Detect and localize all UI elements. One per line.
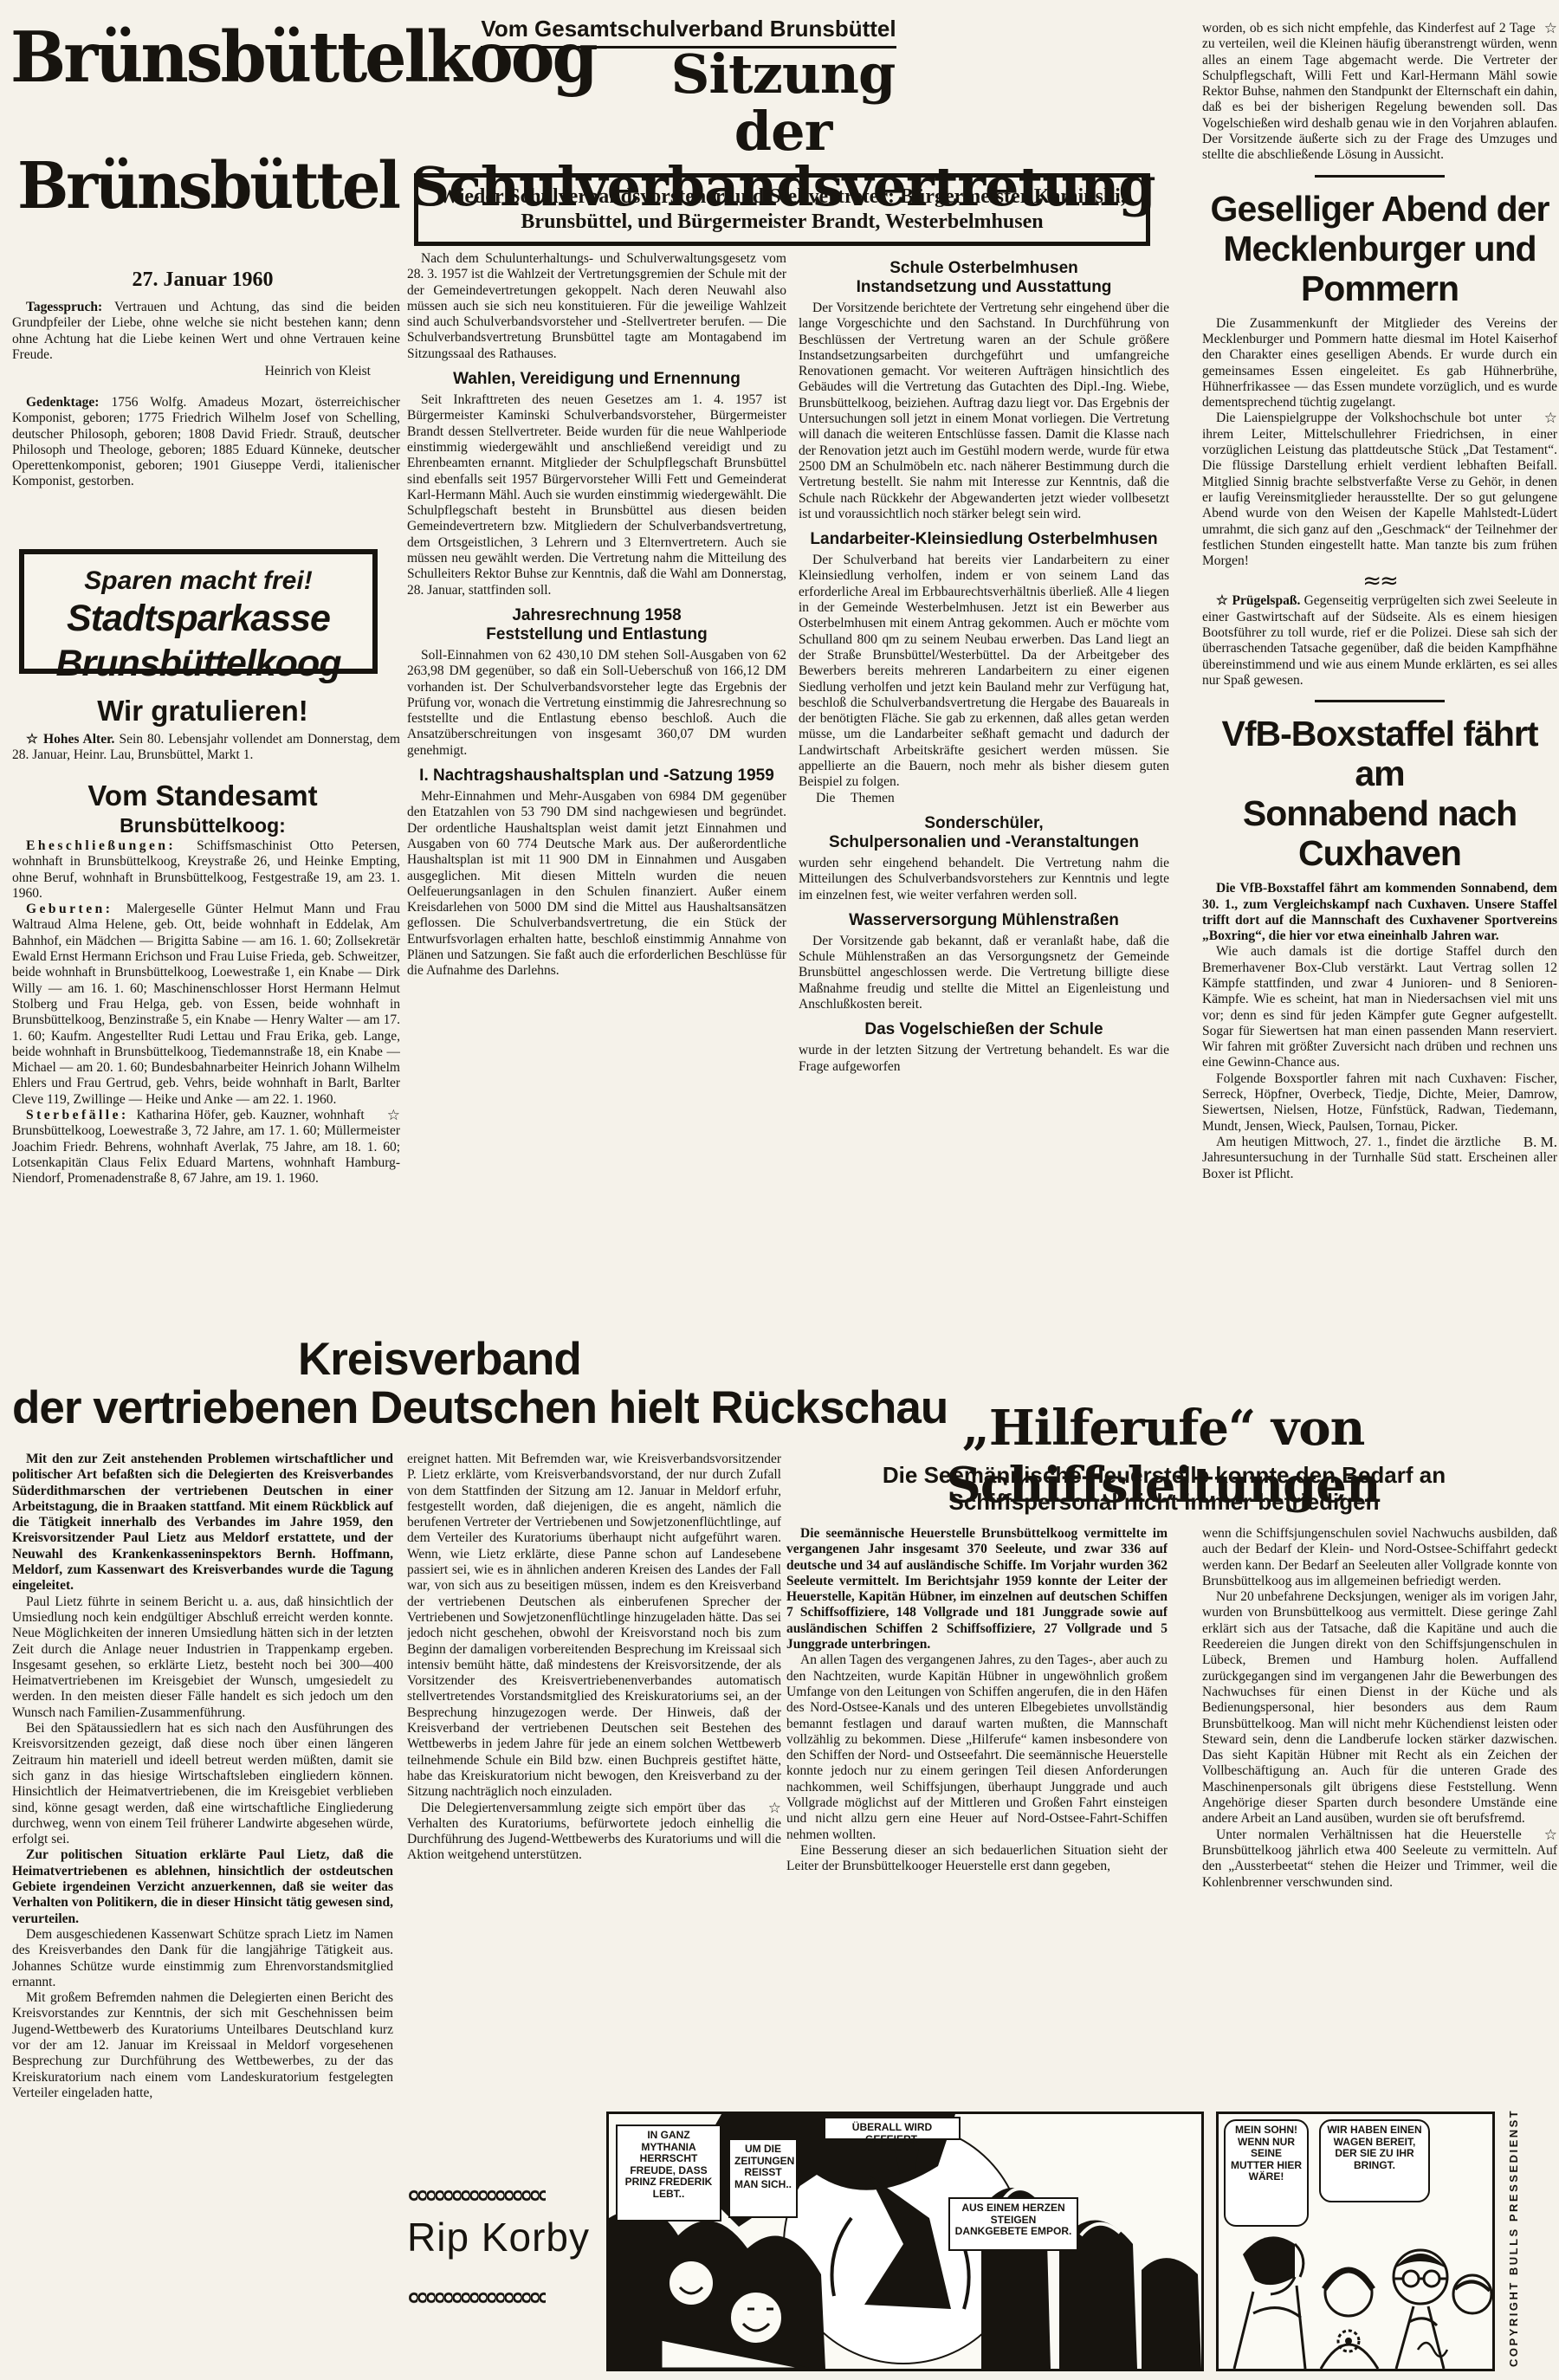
paragraph: B. M.Am heutigen Mittwoch, 27. 1., finde… xyxy=(1202,1135,1557,1182)
standesamt-title: Vom Standesamt xyxy=(12,779,393,812)
labeled-paragraph: Eheschließungen: Schiffsmaschinist Otto … xyxy=(12,838,400,902)
masthead-line1: Brünsbüttelkoog xyxy=(10,21,402,94)
kreisverband-column-2: ereignet hatten. Mit Befremden war, wie … xyxy=(407,1452,781,2099)
comic-title: Rip Korby xyxy=(407,2214,590,2260)
kreisverband-headline-line2: der vertriebenen Deutschen hielt Rücksch… xyxy=(12,1384,774,1433)
section-heading: Das Vogelschießen der Schule xyxy=(799,1020,1169,1039)
coil-ornament-icon xyxy=(409,2292,546,2304)
paragraph: Zur politischen Situation erklärte Paul … xyxy=(12,1847,393,1926)
comic-panel-2: MEIN SOHN! WENN NUR SEINE MUTTER HIER WÄ… xyxy=(1216,2112,1495,2371)
section-heading: Schule OsterbelmhusenInstandsetzung und … xyxy=(799,259,1169,297)
end-mark: ☆ xyxy=(1530,411,1557,426)
article-column-2: Schule OsterbelmhusenInstandsetzung und … xyxy=(799,251,1169,1336)
gratulieren-title: Wir gratulieren! xyxy=(12,695,393,728)
labeled-paragraph: ☆ Hohes Alter. Sein 80. Lebensjahr volle… xyxy=(12,732,400,764)
article-subhead-box: Wieder Schulverbandsvorsteher und Stellv… xyxy=(414,173,1150,246)
paragraph: Soll-Einnahmen von 62 430,10 DM stehen S… xyxy=(407,648,786,759)
masthead: Brünsbüttelkoog Brünsbüttel xyxy=(10,21,402,220)
paragraph: wurde in der letzten Sitzung der Vertret… xyxy=(799,1043,1169,1075)
hilferufe-column-2: wenn die Schiffsjungenschulen soviel Nac… xyxy=(1202,1526,1557,2099)
end-mark: ☆ xyxy=(1530,1827,1557,1843)
ad-slogan: Sparen macht frei! xyxy=(24,566,372,596)
paragraph: Bei den Spätaussiedlern hat es sich nach… xyxy=(12,1721,393,1847)
paragraph: wenn die Schiffsjungenschulen soviel Nac… xyxy=(1202,1526,1557,1589)
end-mark: B. M. xyxy=(1510,1135,1557,1150)
labeled-paragraph: ☆ Prügelspaß. Gegenseitig verprügelten s… xyxy=(1202,593,1557,689)
paragraph: ☆Die Laienspielgruppe der Volkshochschul… xyxy=(1202,411,1557,569)
sparkasse-ad: Sparen macht frei! Stadtsparkasse Brunsb… xyxy=(19,549,378,674)
kreisverband-column-1: Mit den zur Zeit anstehenden Problemen w… xyxy=(12,1452,393,2371)
gratulieren-item: ☆ Hohes Alter. Sein 80. Lebensjahr volle… xyxy=(12,732,400,779)
article-headline: VfB-Boxstaffel fährt amSonnabend nach Cu… xyxy=(1202,714,1557,873)
paragraph: ☆Unter normalen Verhältnissen hat die He… xyxy=(1202,1827,1557,1891)
section-heading: Wahlen, Vereidigung und Ernennung xyxy=(407,370,786,389)
speech-bubble: ÜBERALL WIRD GEFEIERT. xyxy=(824,2117,961,2140)
speech-bubble: WIR HABEN EINEN WAGEN BEREIT, DER SIE ZU… xyxy=(1319,2119,1430,2202)
section-heading: Sonderschüler,Schulpersonalien und -Vera… xyxy=(799,814,1169,852)
newspaper-page: Brünsbüttelkoog Brünsbüttel 27. Januar 1… xyxy=(0,0,1559,2380)
section-heading: I. Nachtragshaushaltsplan und -Satzung 1… xyxy=(407,766,786,786)
speech-bubble: MEIN SOHN! WENN NUR SEINE MUTTER HIER WÄ… xyxy=(1224,2119,1309,2227)
end-mark: ☆ xyxy=(1544,21,1557,36)
hilferufe-column-1: Die seemännische Heuerstelle Brunsbüttel… xyxy=(786,1526,1168,2099)
standesamt-subtitle: Brunsbüttelkoog: xyxy=(12,814,393,838)
labeled-paragraph: Tagesspruch: Vertrauen und Achtung, das … xyxy=(12,300,400,363)
masthead-line2: Brünsbüttel xyxy=(17,152,398,220)
speech-bubble: AUS EINEM HERZEN STEIGEN DANKGEBETE EMPO… xyxy=(948,2197,1078,2251)
paragraph: ereignet hatten. Mit Befremden war, wie … xyxy=(407,1452,781,1801)
paragraph: Seit Inkrafttreten des neuen Gesetzes am… xyxy=(407,392,786,598)
gedenktage: Gedenktage: 1756 Wolfg. Amadeus Mozart, … xyxy=(12,395,400,544)
paragraph: Der Schulverband hat bereits vier Landar… xyxy=(799,553,1169,790)
paragraph: Eine Besserung dieser an sich bedauerlic… xyxy=(786,1843,1168,1875)
end-mark: ☆ xyxy=(373,1108,400,1123)
paragraph: Folgende Boxsportler fahren mit nach Cux… xyxy=(1202,1071,1557,1135)
article-headline-line1: Sitzung xyxy=(407,47,1159,102)
paragraph: Mit großem Befremden nahmen die Delegier… xyxy=(12,1990,393,2101)
ad-bank-name: Stadtsparkasse Brunsbüttelkoog xyxy=(24,596,372,686)
paragraph: Mit den zur Zeit anstehenden Problemen w… xyxy=(12,1452,393,1594)
paragraph: Der Vorsitzende gab bekannt, daß er vera… xyxy=(799,934,1169,1012)
paragraph: ☆Die Delegiertenversammlung zeigte sich … xyxy=(407,1801,781,1864)
paragraph: Nach dem Schulunterhaltungs- und Schulve… xyxy=(407,251,786,362)
labeled-paragraph: Sterbefälle: ☆Katharina Höfer, geb. Kauz… xyxy=(12,1108,400,1187)
paragraph: Dem ausgeschiedenen Kassenwart Schütze s… xyxy=(12,1927,393,1990)
comic-copyright: COPYRIGHT BULLS PRESSEDIENST xyxy=(1507,2118,1520,2367)
section-heading: Landarbeiter-Kleinsiedlung Osterbelmhuse… xyxy=(799,530,1169,549)
dateline: 27. Januar 1960 xyxy=(12,268,393,292)
paragraph: Nur 20 unbefahrene Decksjungen, weniger … xyxy=(1202,1589,1557,1827)
article-headline: Geselliger Abend derMecklenburger und Po… xyxy=(1202,189,1557,308)
paragraph: Die seemännische Heuerstelle Brunsbüttel… xyxy=(786,1526,1168,1652)
speech-bubble: IN GANZ MYTHANIA HERRSCHT FREUDE, DASS P… xyxy=(616,2125,721,2222)
right-column: ☆worden, ob es sich nicht empfehle, das … xyxy=(1202,21,1557,1393)
kreisverband-headline-line1: Kreisverband xyxy=(298,1336,581,1384)
paragraph: Mehr-Einnahmen und Mehr-Ausgaben von 698… xyxy=(407,789,786,980)
paragraph: Die VfB-Boxstaffel fährt am kommenden So… xyxy=(1202,881,1557,944)
section-heading: Wasserversorgung Mühlenstraßen xyxy=(799,911,1169,930)
speech-bubble: UM DIE ZEITUNGEN REISST MAN SICH.. xyxy=(728,2138,798,2218)
paragraph: ☆worden, ob es sich nicht empfehle, das … xyxy=(1202,21,1557,164)
paragraph: Der Vorsitzende berichtete der Vertretun… xyxy=(799,301,1169,522)
paragraph: An allen Tagen des vergangenen Jahres, z… xyxy=(786,1652,1168,1843)
coil-ornament-icon xyxy=(409,2189,546,2202)
standesamt-entries: Eheschließungen: Schiffsmaschinist Otto … xyxy=(12,838,400,1320)
hilferufe-subhead: Die Seemännische Heuerstelle konnte den … xyxy=(873,1462,1455,1516)
tagesspruch: Tagesspruch: Vertrauen und Achtung, das … xyxy=(12,300,400,391)
paragraph: wurden sehr eingehend behandelt. Die Ver… xyxy=(799,856,1169,903)
paragraph: Paul Lietz führte in seinem Bericht u. a… xyxy=(12,1594,393,1721)
labeled-paragraph: Geburten: Malergeselle Günter Helmut Man… xyxy=(12,902,400,1108)
article-column-1: Nach dem Schulunterhaltungs- und Schulve… xyxy=(407,251,786,1336)
divider xyxy=(1315,700,1445,702)
divider xyxy=(1315,175,1445,178)
end-mark: ☆ xyxy=(754,1801,781,1816)
lead-in-line: Die Themen xyxy=(799,791,1169,806)
labeled-paragraph: Gedenktage: 1756 Wolfg. Amadeus Mozart, … xyxy=(12,395,400,490)
paragraph: Wie auch damals ist die dortige Staffel … xyxy=(1202,944,1557,1070)
comic-panel-1: IN GANZ MYTHANIA HERRSCHT FREUDE, DASS P… xyxy=(606,2112,1204,2371)
attribution: Heinrich von Kleist xyxy=(12,363,400,379)
squiggle-ornament-icon: ≈≈ xyxy=(1202,572,1557,591)
section-heading: Jahresrechnung 1958Feststellung und Entl… xyxy=(407,606,786,644)
paragraph: Die Zusammenkunft der Mitglieder des Ver… xyxy=(1202,316,1557,411)
